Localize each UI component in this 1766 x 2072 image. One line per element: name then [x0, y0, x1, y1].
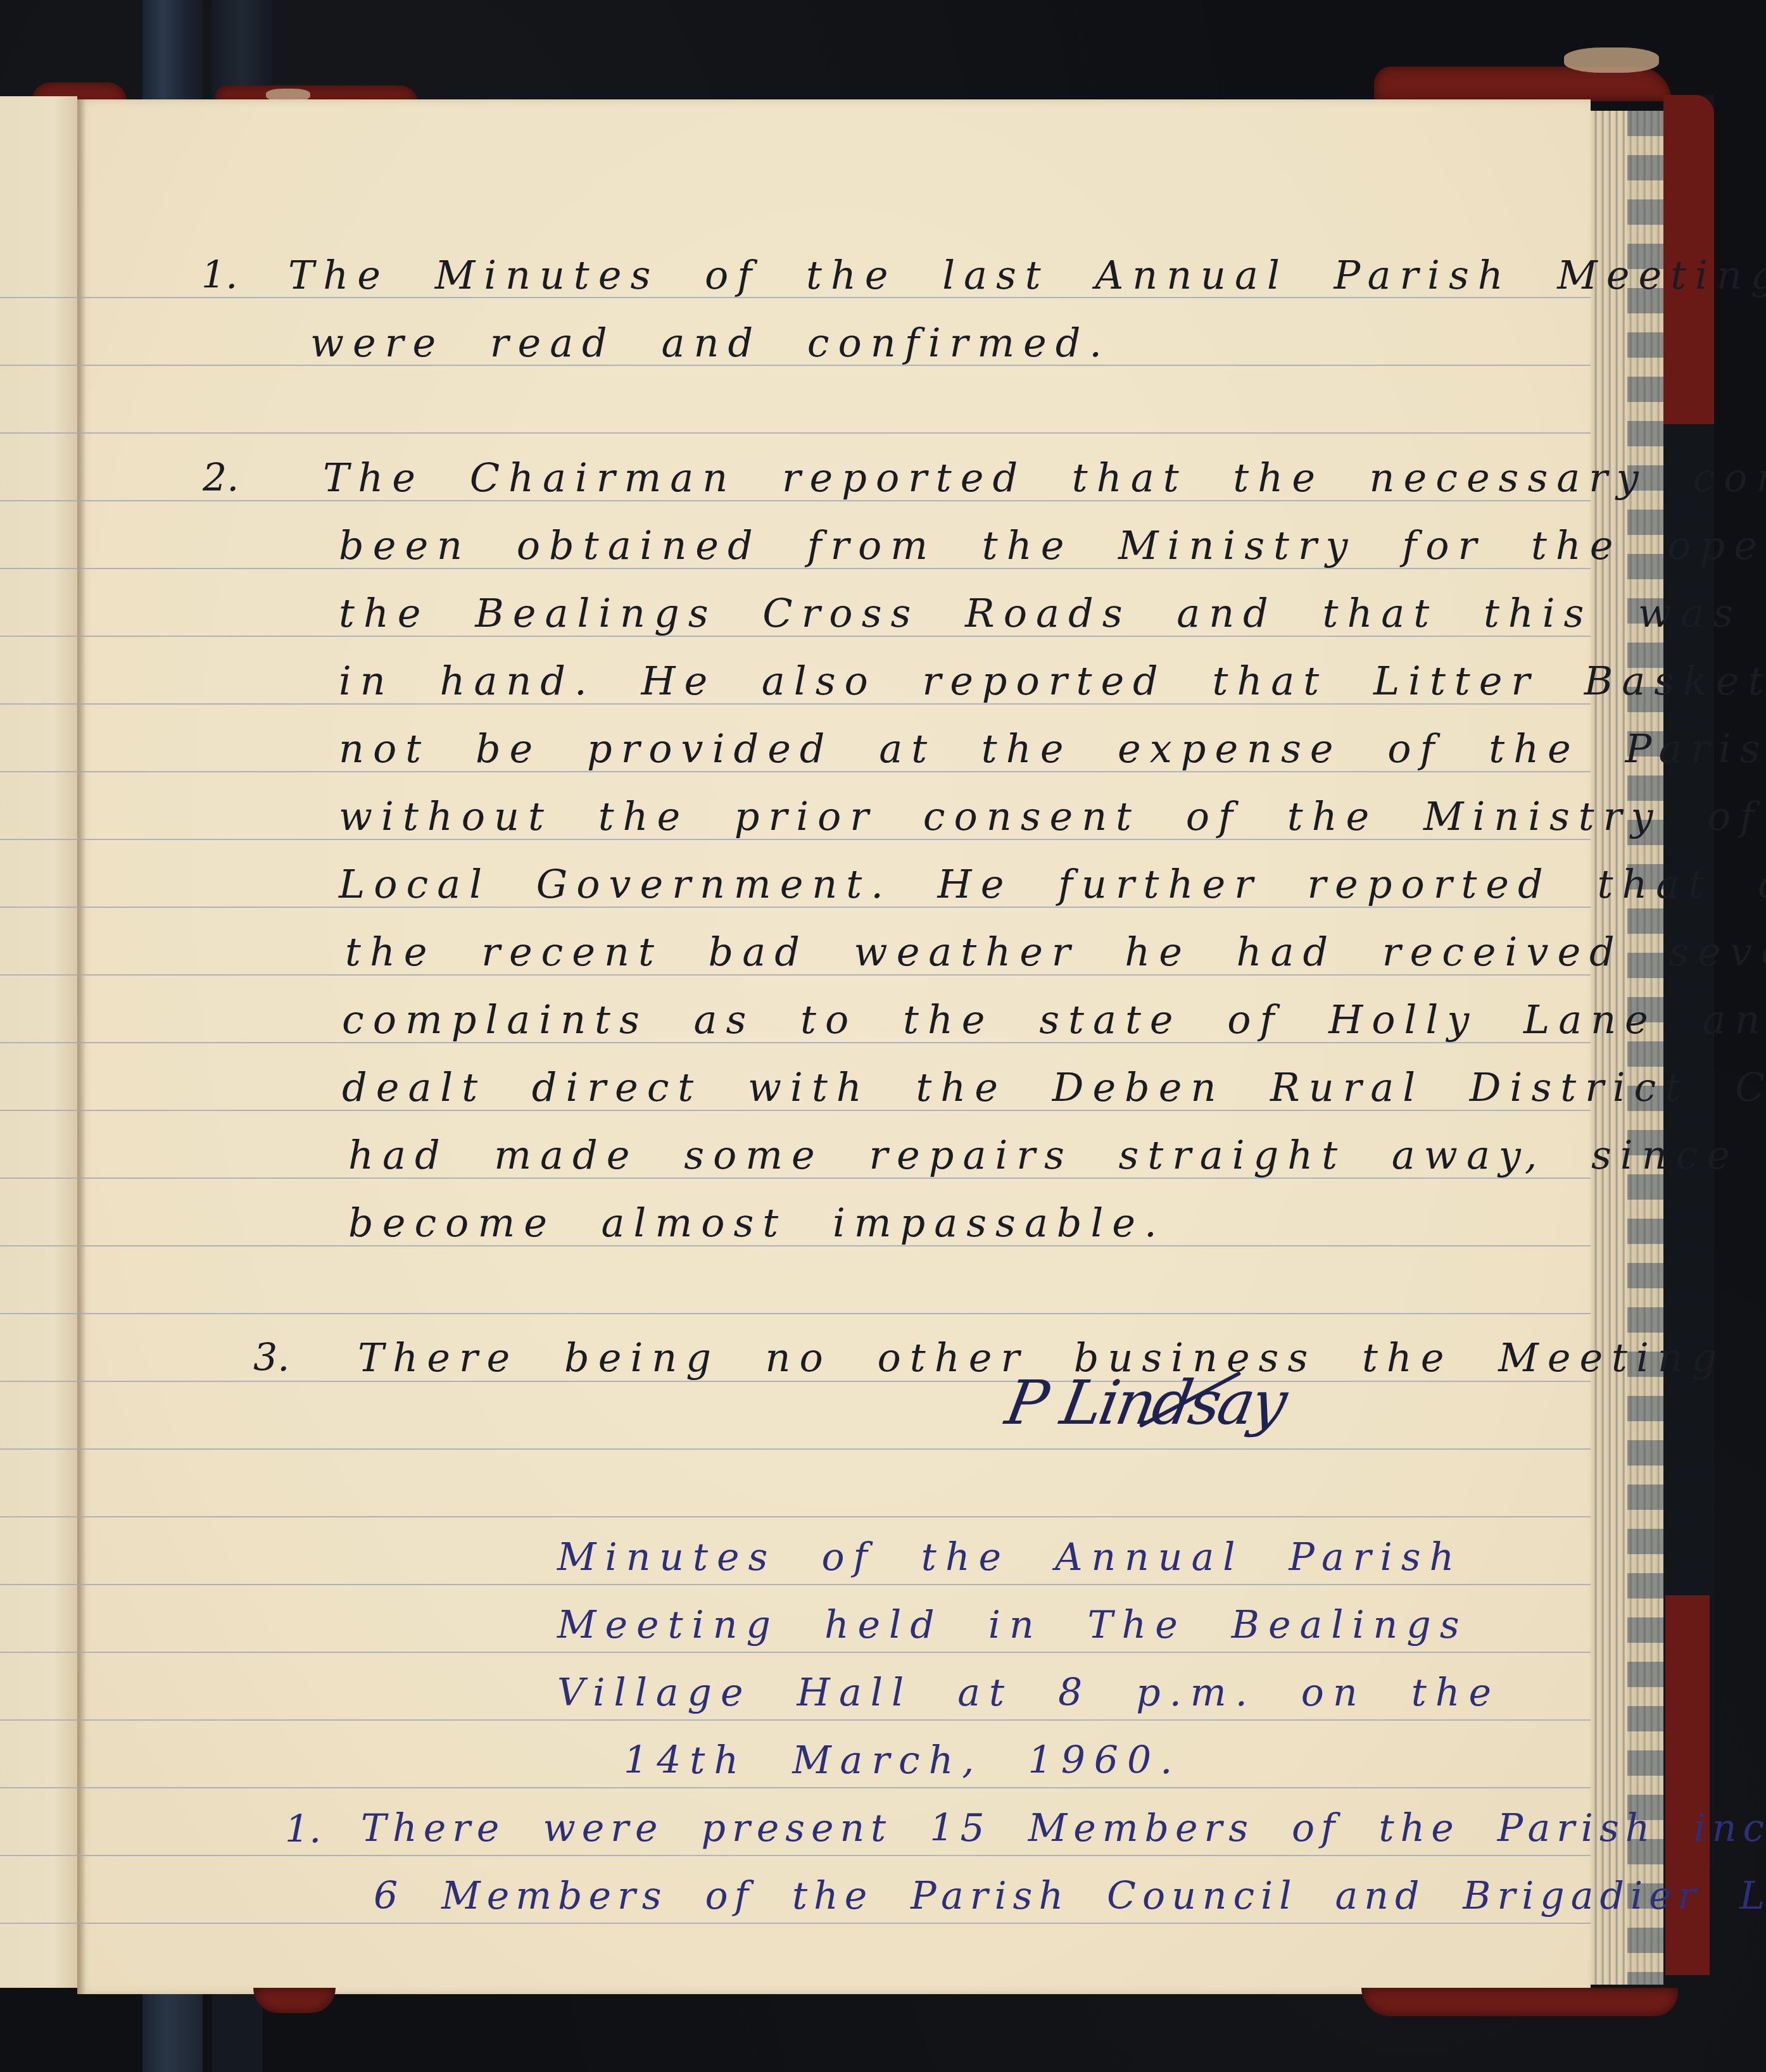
rule-line [0, 1177, 77, 1179]
bookmark-ribbon [142, 0, 203, 101]
rule-line [0, 1855, 77, 1856]
minute-line: had made some repairs straight away, sin… [348, 1132, 1766, 1178]
rule-line [0, 1652, 77, 1653]
rule-line [0, 1787, 77, 1788]
chairman-signature: P Lindsay [1000, 1367, 1290, 1438]
rule-line [0, 297, 77, 298]
rule-line [77, 1584, 1591, 1585]
rule-line [0, 1245, 77, 1246]
minute-line: were read and confirmed. [310, 320, 1111, 366]
rule-line [0, 1516, 77, 1517]
item-number: 2. [203, 456, 239, 500]
worn-leather-edge [1361, 1988, 1678, 2016]
heading-line: Minutes of the Annual Parish [557, 1535, 1463, 1579]
minute-line: There were present 15 Members of the Par… [361, 1806, 1766, 1850]
rule-line [0, 1923, 77, 1924]
item-number: 1. [285, 1807, 321, 1852]
minute-line: the recent bad weather he had received s… [345, 929, 1766, 975]
rule-line [77, 1923, 1591, 1924]
rule-line [0, 636, 77, 637]
rule-line [0, 568, 77, 569]
minute-line: without the prior consent of the Ministr… [339, 793, 1766, 839]
book-cover-leather-corner [1665, 1595, 1710, 1975]
gutter-shadow [77, 99, 86, 1994]
rule-line [0, 1313, 77, 1314]
item-number: 1. [201, 253, 237, 298]
rule-line [77, 1448, 1591, 1450]
page-stack-shading [1627, 111, 1663, 1985]
rule-line [0, 432, 77, 434]
item-number: 3. [253, 1336, 289, 1380]
heading-line: Meeting held in The Bealings [557, 1603, 1468, 1647]
rule-line [0, 771, 77, 772]
minute-line: been obtained from the Ministry for the … [339, 522, 1766, 568]
left-page-edge [0, 96, 77, 1988]
rule-line [77, 1652, 1591, 1653]
rule-line [0, 1110, 77, 1111]
minute-line: The Minutes of the last Annual Parish Me… [288, 252, 1766, 298]
heading-line: Village Hall at 8 p.m. on the [557, 1671, 1500, 1715]
rule-line [0, 703, 77, 705]
minute-line: not be provided at the expense of the Pa… [339, 725, 1766, 772]
rule-line [0, 500, 77, 501]
rule-line [0, 839, 77, 840]
rule-line [0, 907, 77, 908]
bookmark-ribbon [142, 1994, 203, 2072]
minute-line: in hand. He also reported that Litter Ba… [339, 658, 1766, 704]
rule-line [77, 1719, 1591, 1721]
minute-line: Local Government. He further reported th… [339, 861, 1766, 907]
minute-line: 6 Members of the Parish Council and Brig… [374, 1874, 1766, 1918]
minute-line: dealt direct with the Deben Rural Distri… [342, 1064, 1766, 1110]
book-binding-top [0, 0, 1766, 101]
bookmark-ribbon-shadow [212, 1994, 263, 2072]
heading-line: 14th March, 1960. [624, 1738, 1181, 1783]
rule-line [77, 432, 1591, 434]
worn-leather-edge [253, 1988, 336, 2013]
minute-line: the Bealings Cross Roads and that this w… [339, 590, 1766, 636]
frayed-cloth [1564, 47, 1659, 73]
minute-line: become almost impassable. [348, 1200, 1166, 1246]
minute-line: complaints as to the state of Holly Lane… [342, 996, 1766, 1043]
rule-line [0, 1381, 77, 1382]
rule-line [0, 974, 77, 976]
rule-line [77, 1855, 1591, 1856]
rule-line [0, 1584, 77, 1585]
rule-line [0, 1042, 77, 1043]
rule-line [77, 1313, 1591, 1314]
rule-line [77, 1787, 1591, 1788]
rule-line [77, 1381, 1591, 1382]
minute-line: The Chairman reported that the necessary… [323, 455, 1766, 501]
rule-line [77, 1516, 1591, 1517]
rule-line [0, 365, 77, 366]
rule-line [0, 1448, 77, 1450]
rule-line [0, 1719, 77, 1721]
